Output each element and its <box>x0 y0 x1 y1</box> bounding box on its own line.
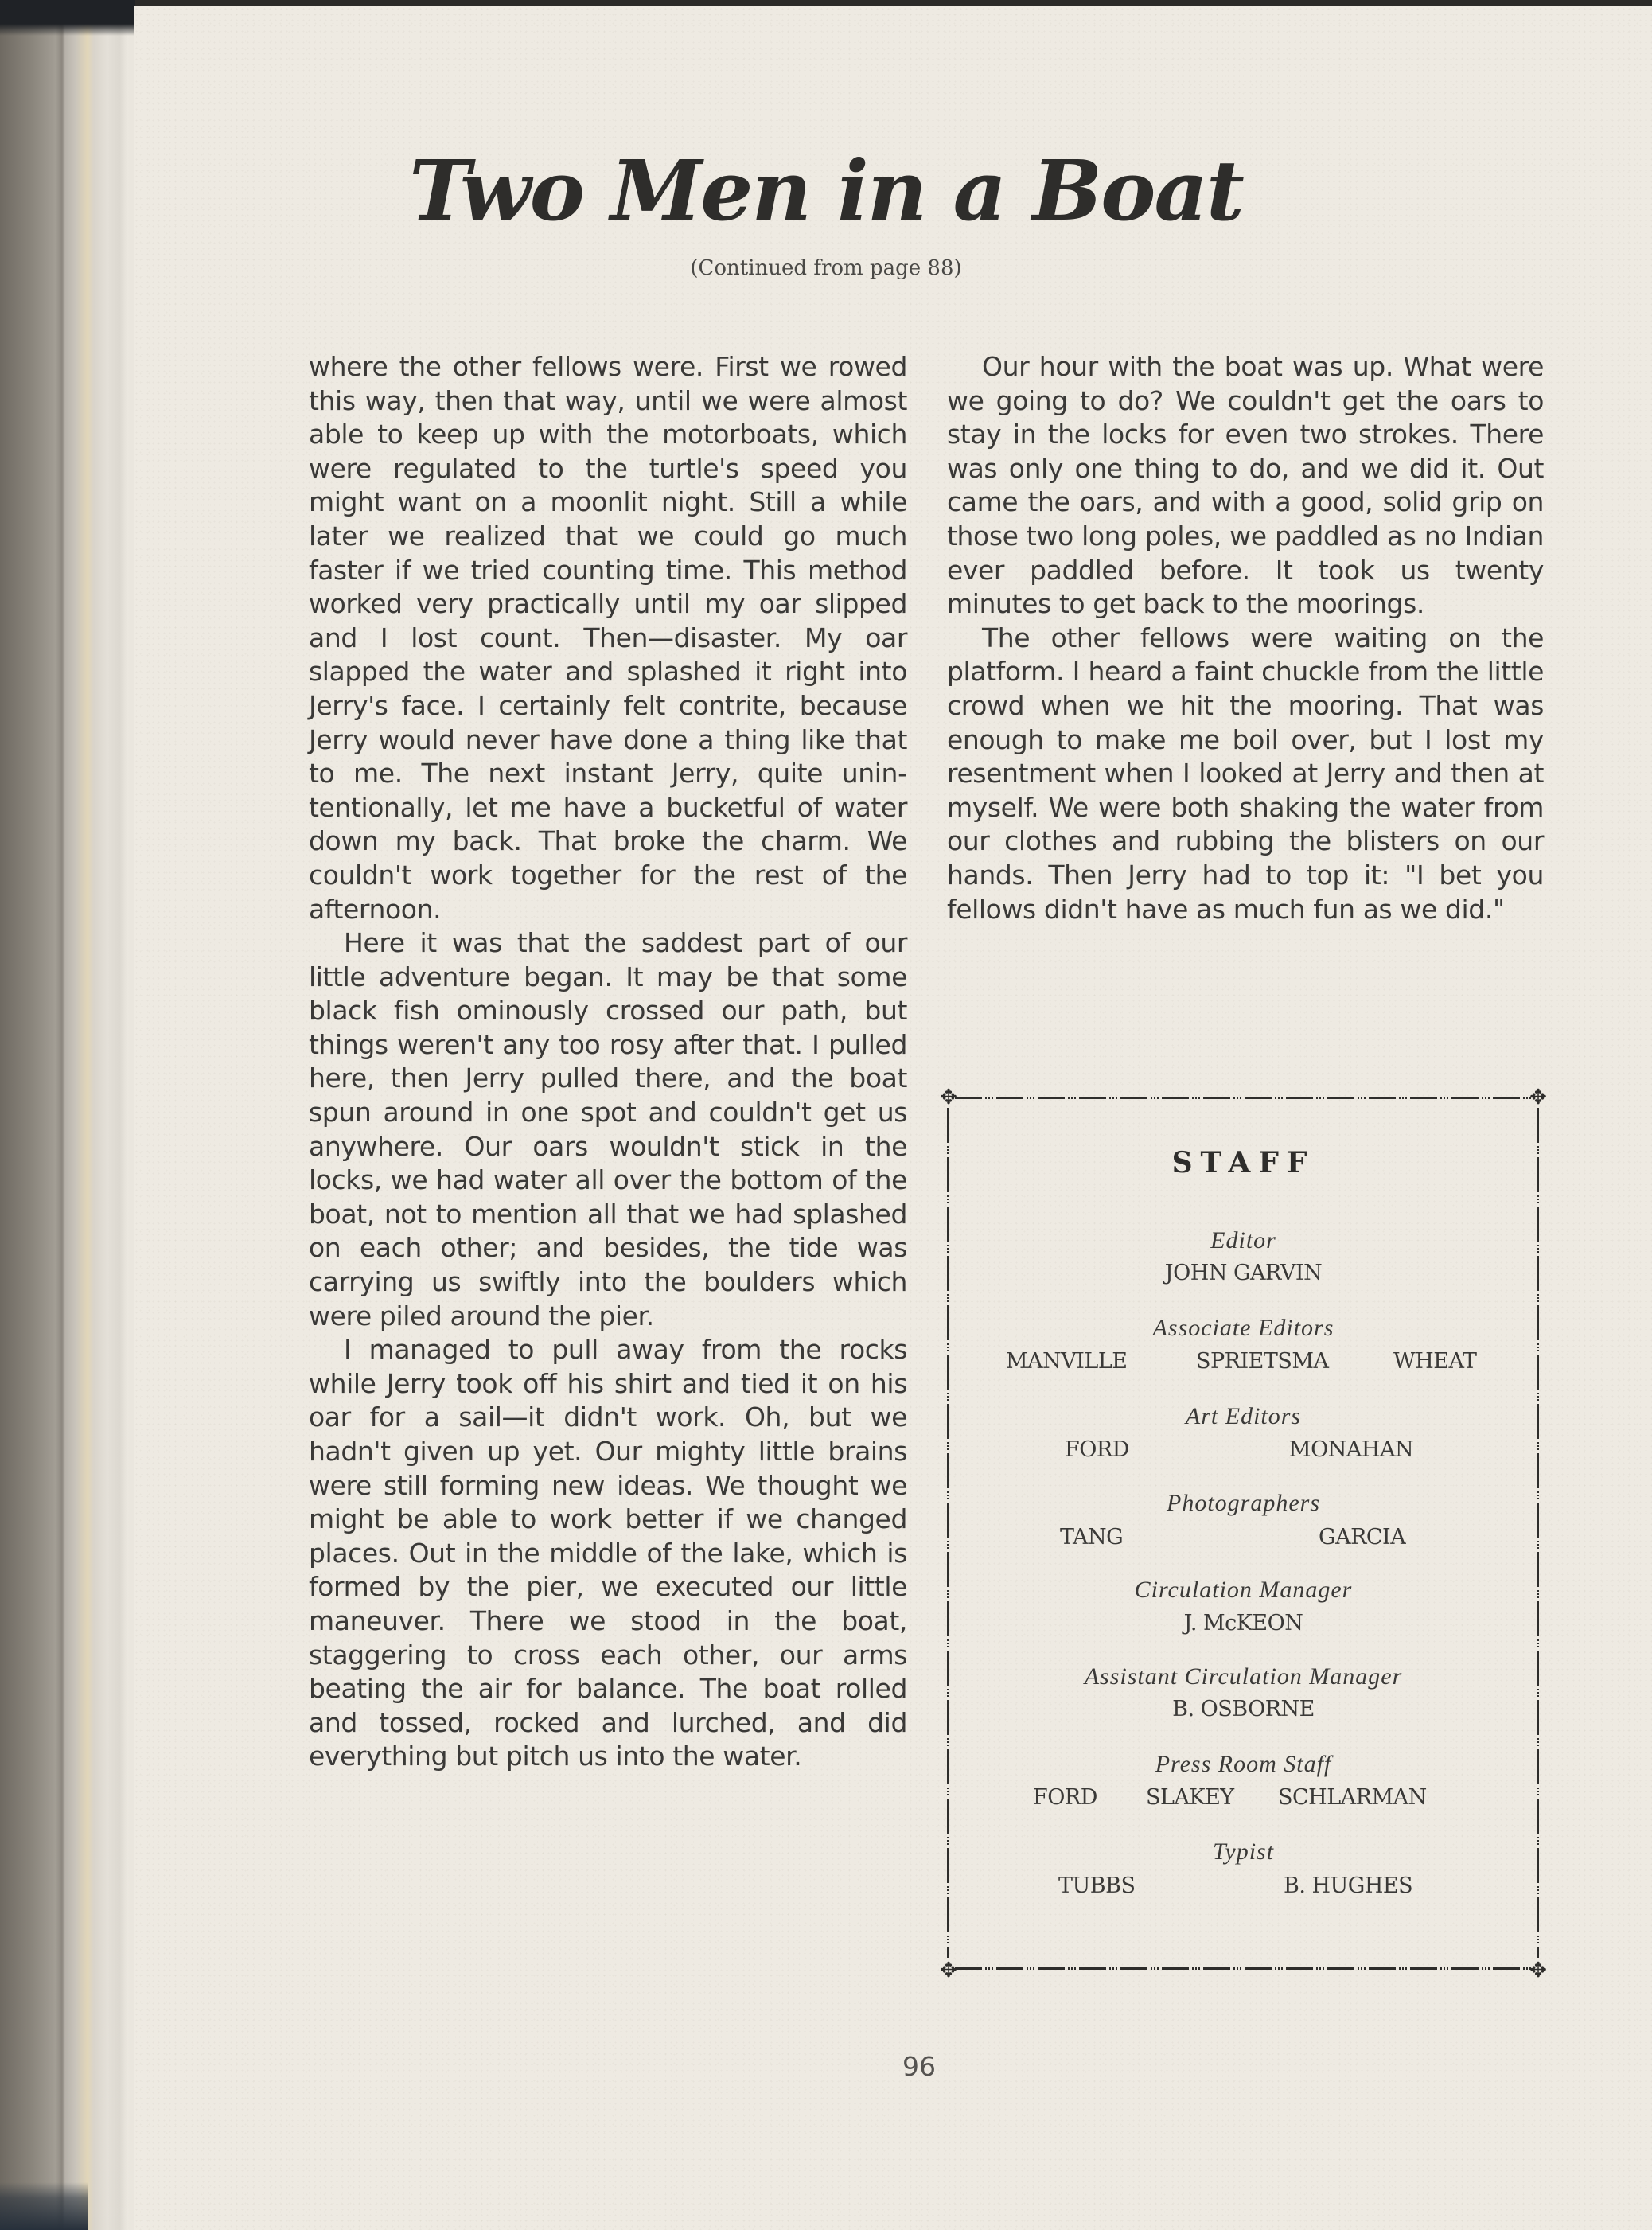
staff-name: TANG <box>1060 1525 1123 1550</box>
paragraph: Our hour with the boat was up. What were… <box>947 350 1544 622</box>
staff-role-typist: Typist <box>945 1838 1541 1865</box>
staff-name: SCHLARMAN <box>1278 1785 1427 1810</box>
staff-name: B. OSBORNE <box>945 1697 1541 1721</box>
staff-box: ✥ ✥ ✥ ✥ STAFF Editor JOHN GARVIN Associa… <box>945 1090 1541 1974</box>
staff-role-editor: Editor <box>945 1227 1541 1254</box>
staff-name: GARCIA <box>1319 1525 1405 1550</box>
page-number: 96 <box>0 2051 1652 2082</box>
staff-name: MANVILLE <box>1006 1349 1128 1374</box>
staff-name: JOHN GARVIN <box>945 1261 1541 1285</box>
staff-name: TUBBS <box>1058 1873 1135 1898</box>
staff-name: J. McKEON <box>945 1611 1541 1635</box>
staff-name: SPRIETSMA <box>1196 1349 1329 1374</box>
paragraph: The other fellows were waiting on the pl… <box>947 622 1544 926</box>
continued-note: (Continued from page 88) <box>0 256 1652 280</box>
staff-name: SLAKEY <box>1146 1785 1234 1810</box>
book-binding-edge <box>0 0 135 2230</box>
corner-ornament-icon: ✥ <box>939 1088 958 1107</box>
ornamental-border-bottom <box>955 1966 1532 1972</box>
staff-role-photographers: Photographers <box>945 1490 1541 1517</box>
corner-ornament-icon: ✥ <box>939 1961 958 1980</box>
staff-role-art-editors: Art Editors <box>945 1403 1541 1430</box>
staff-heading: STAFF <box>945 1146 1541 1179</box>
staff-name: FORD <box>1065 1437 1129 1462</box>
staff-name: FORD <box>1033 1785 1097 1810</box>
article-column-right: Our hour with the boat was up. What were… <box>947 350 1544 926</box>
corner-ornament-icon: ✥ <box>1529 1088 1548 1107</box>
staff-role-associate-editors: Associate Editors <box>945 1315 1541 1342</box>
staff-name: WHEAT <box>1393 1349 1477 1374</box>
article-title: Two Men in a Boat <box>0 142 1652 240</box>
staff-name: MONAHAN <box>1289 1437 1413 1462</box>
staff-role-press-room-staff: Press Room Staff <box>945 1751 1541 1778</box>
staff-role-assistant-circulation-manager: Assistant Circulation Manager <box>945 1663 1541 1690</box>
paragraph: where the other fellows were. First we r… <box>309 350 907 926</box>
paragraph: I managed to pull away from the rocks wh… <box>309 1333 907 1774</box>
article-column-left: where the other fellows were. First we r… <box>309 350 907 1774</box>
staff-name: B. HUGHES <box>1284 1873 1412 1898</box>
paragraph: Here it was that the saddest part of our… <box>309 926 907 1333</box>
corner-ornament-icon: ✥ <box>1529 1961 1548 1980</box>
ornamental-border-top <box>955 1095 1532 1101</box>
staff-role-circulation-manager: Circulation Manager <box>945 1577 1541 1604</box>
